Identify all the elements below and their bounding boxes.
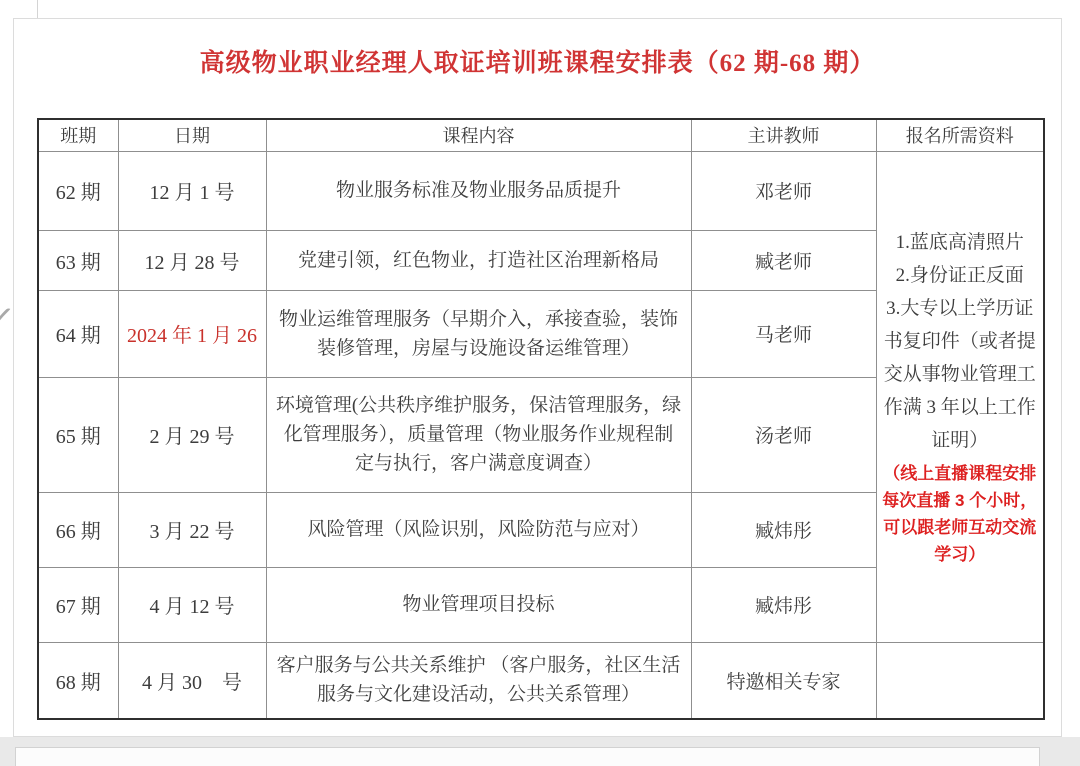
page-break-gap bbox=[0, 737, 1080, 766]
previous-page-corner bbox=[13, 0, 38, 18]
content-cell: 物业运维管理服务（早期介入，承接查验，装饰装修管理，房屋与设施设备运维管理） bbox=[266, 290, 691, 377]
teacher-cell: 臧老师 bbox=[691, 230, 876, 290]
requirements-cell: 1.蓝底高清照片 2.身份证正反面 3.大专以上学历证书复印件（或者提交从事物业… bbox=[876, 151, 1044, 642]
teacher-cell: 马老师 bbox=[691, 290, 876, 377]
session-cell: 63 期 bbox=[38, 230, 118, 290]
live-stream-note: （线上直播课程安排每次直播 3 个小时，可以跟老师互动交流学习） bbox=[882, 460, 1039, 568]
teacher-cell: 汤老师 bbox=[691, 377, 876, 492]
content-cell: 客户服务与公共关系维护 （客户服务，社区生活服务与文化建设活动，公共关系管理） bbox=[266, 642, 691, 719]
content-cell: 物业服务标准及物业服务品质提升 bbox=[266, 151, 691, 230]
document-page: 高级物业职业经理人取证培训班课程安排表（62 期-68 期） 班期 日期 课程内… bbox=[13, 18, 1062, 737]
requirement-line: 2.身份证正反面 bbox=[882, 259, 1039, 292]
header-content: 课程内容 bbox=[266, 119, 691, 151]
header-date: 日期 bbox=[118, 119, 266, 151]
header-requirements: 报名所需资料 bbox=[876, 119, 1044, 151]
session-cell: 67 期 bbox=[38, 567, 118, 642]
date-cell-highlighted: 2024 年 1 月 26 bbox=[118, 290, 266, 377]
content-cell: 党建引领，红色物业，打造社区治理新格局 bbox=[266, 230, 691, 290]
content-cell: 环境管理(公共秩序维护服务，保洁管理服务，绿化管理服务），质量管理（物业服务作业… bbox=[266, 377, 691, 492]
teacher-cell: 臧炜彤 bbox=[691, 492, 876, 567]
table-header-row: 班期 日期 课程内容 主讲教师 报名所需资料 bbox=[38, 119, 1044, 151]
requirements-empty-cell bbox=[876, 642, 1044, 719]
date-cell: 12 月 1 号 bbox=[118, 151, 266, 230]
date-cell: 3 月 22 号 bbox=[118, 492, 266, 567]
content-cell: 风险管理（风险识别，风险防范与应对） bbox=[266, 492, 691, 567]
next-page-edge bbox=[15, 747, 1040, 766]
page-title: 高级物业职业经理人取证培训班课程安排表（62 期-68 期） bbox=[14, 19, 1061, 79]
course-schedule-table: 班期 日期 课程内容 主讲教师 报名所需资料 62 期 12 月 1 号 物业服… bbox=[37, 118, 1045, 720]
session-cell: 62 期 bbox=[38, 151, 118, 230]
teacher-cell: 邓老师 bbox=[691, 151, 876, 230]
table-row: 62 期 12 月 1 号 物业服务标准及物业服务品质提升 邓老师 1.蓝底高清… bbox=[38, 151, 1044, 230]
session-cell: 65 期 bbox=[38, 377, 118, 492]
teacher-cell: 臧炜彤 bbox=[691, 567, 876, 642]
date-cell: 4 月 30 号 bbox=[118, 642, 266, 719]
session-cell: 66 期 bbox=[38, 492, 118, 567]
requirement-line: 1.蓝底高清照片 bbox=[882, 226, 1039, 259]
screenshot-root: ✓ 高级物业职业经理人取证培训班课程安排表（62 期-68 期） 班期 日期 课… bbox=[0, 0, 1080, 766]
date-cell: 4 月 12 号 bbox=[118, 567, 266, 642]
session-cell: 64 期 bbox=[38, 290, 118, 377]
requirement-line: 3.大专以上学历证书复印件（或者提交从事物业管理工作满 3 年以上工作证明） bbox=[882, 292, 1039, 457]
content-cell: 物业管理项目投标 bbox=[266, 567, 691, 642]
header-teacher: 主讲教师 bbox=[691, 119, 876, 151]
date-cell: 12 月 28 号 bbox=[118, 230, 266, 290]
date-cell: 2 月 29 号 bbox=[118, 377, 266, 492]
header-session: 班期 bbox=[38, 119, 118, 151]
session-cell: 68 期 bbox=[38, 642, 118, 719]
teacher-cell: 特邀相关专家 bbox=[691, 642, 876, 719]
table-row: 68 期 4 月 30 号 客户服务与公共关系维护 （客户服务，社区生活服务与文… bbox=[38, 642, 1044, 719]
